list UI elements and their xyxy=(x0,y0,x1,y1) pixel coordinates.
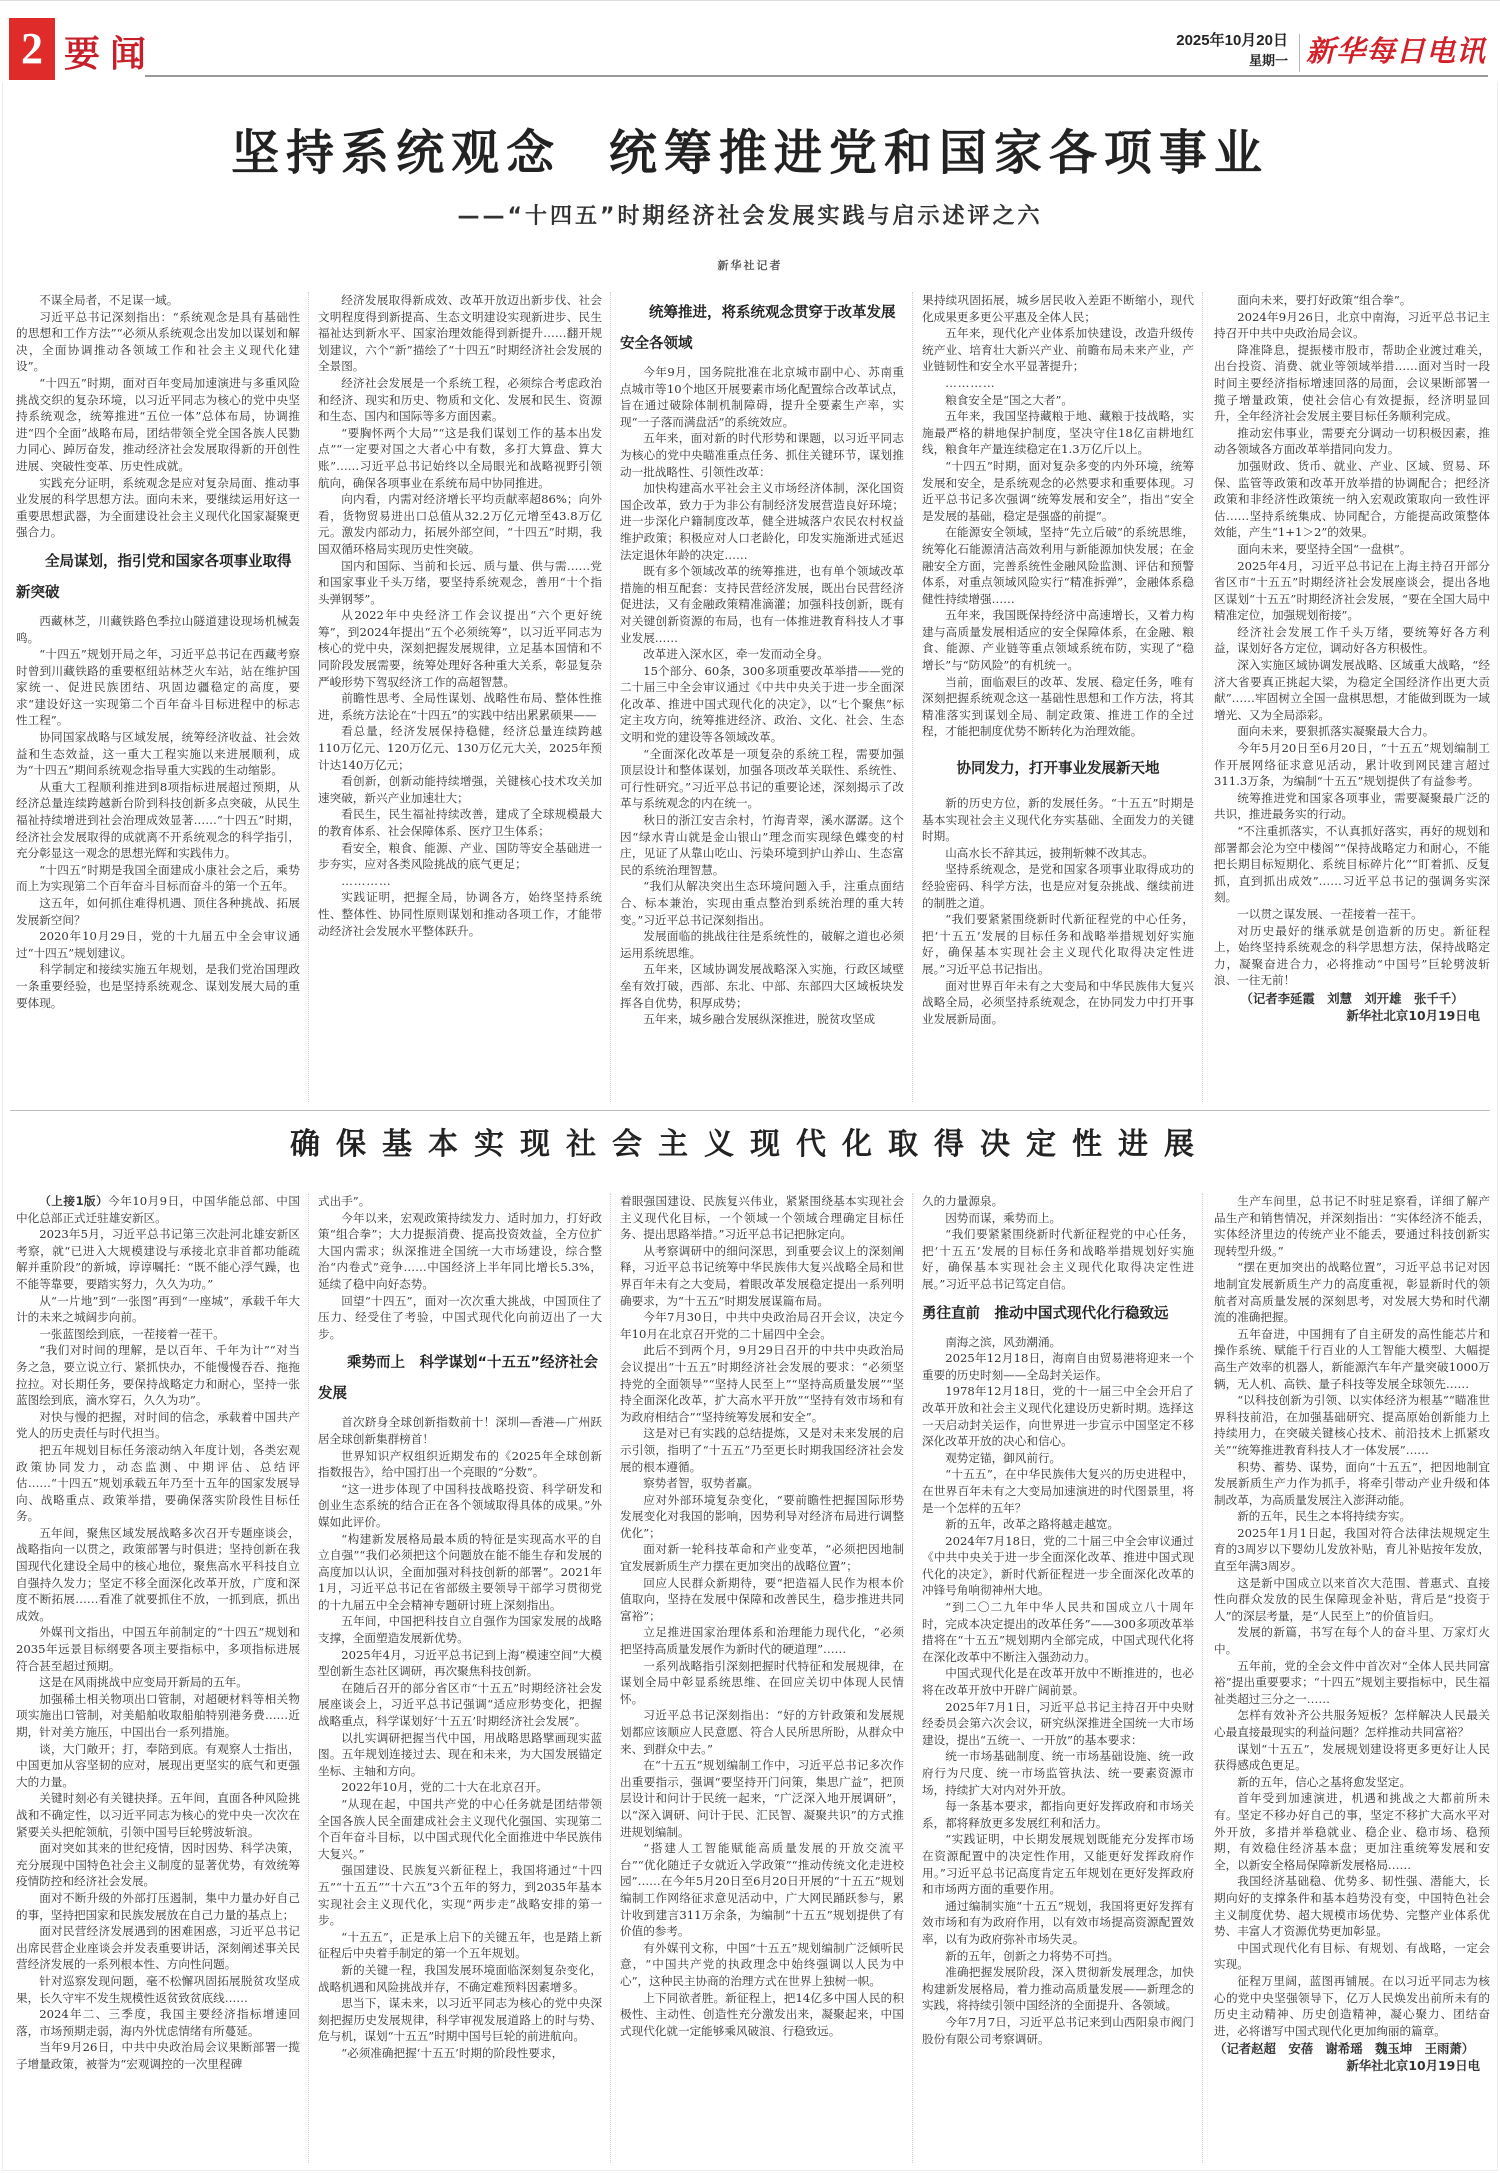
paragraph: 习近平总书记深刻指出：“好的方针政策和发展规划都应该顺应人民意愿、符合人民所思所… xyxy=(620,1707,904,1757)
paragraph: 深入实施区域协调发展战略、区域重大战略，“经济大省要真正挑起大梁，为稳定全国经济… xyxy=(1214,657,1490,723)
paragraph: 今年7月7日，习近平总书记来到山西阳泉市阀门股份有限公司考察调研。 xyxy=(922,2014,1194,2047)
paragraph: 五年来，面对新的时代形势和课题，以习近平同志为核心的党中央瞄准重点任务、抓住关键… xyxy=(620,430,904,480)
paragraph: 看总量，经济发展保持稳健，经济总量连续跨越110万亿元、120万亿元、130万亿… xyxy=(318,723,602,773)
paragraph: 对快与慢的把握，对时间的信念，承载着中国共产党人的历史责任与时代担当。 xyxy=(16,1409,300,1442)
column-divider xyxy=(610,292,611,1102)
ellipsis-separator: ………… xyxy=(922,375,1194,392)
paragraph: “十四五”时期，面对复杂多变的内外环境，统筹发展和安全，是系统观念的必然要求和重… xyxy=(922,458,1194,524)
paragraph: 从重大工程顺利推进到8项指标进展超过预期，从经济总量连续跨越新台阶到科技创新多点… xyxy=(16,779,300,862)
paragraph: 面向未来，要打好政策“组合拳”。 xyxy=(1214,292,1490,309)
paragraph: 2025年7月1日，习近平总书记主持召开中央财经委员会第六次会议，研究纵深推进全… xyxy=(922,1699,1194,1749)
paragraph: 经济社会发展是一个系统工程，必须综合考虑政治和经济、现实和历史、物质和文化、发展… xyxy=(318,375,602,425)
paragraph: 统一市场基础制度、统一市场基础设施、统一政府行为尺度、统一市场监管执法、统一要素… xyxy=(922,1748,1194,1798)
paragraph: 从“一片地”到“一张图”再到“一座城”，承载千年大计的未来之城阔步向前。 xyxy=(16,1293,300,1326)
paragraph: 协同国家战略与区域发展，统筹经济收益、社会效益和生态效益，这一重大工程实施以来进… xyxy=(16,729,300,779)
paragraph: 2025年4月，习近平总书记在上海主持召开部分省区市“十五五”时期经济社会发展座… xyxy=(1214,558,1490,624)
paragraph: “十四五”规划开局之年，习近平总书记在西藏考察时曾到川藏铁路的重要枢纽站林芝火车… xyxy=(16,646,300,729)
paragraph: 五年来，我国既保持经济中高速增长，又着力构建与高质量发展相适应的安全保障体系，在… xyxy=(922,607,1194,673)
paragraph: 1978年12月18日，党的十一届三中全会开启了改革开放和社会主义现代化建设历史… xyxy=(922,1383,1194,1449)
paragraph: 五年来，区域协调发展战略深入实施，行政区域壁垒有效打破，西部、东北、中部、东部四… xyxy=(620,961,904,1011)
article2-column-1: （上接1版）今年10月9日，中国华能总部、中国中化总部正式迁驻雄安新区。 202… xyxy=(16,1193,300,2168)
paragraph: 加强稀土相关物项出口管制，对超硬材料等相关物项实施出口管制，对美船舶收取船舶特别… xyxy=(16,1691,300,1741)
paragraph: 在“十五五”规划编制工作中，习近平总书记多次作出重要指示，强调“要坚持开门问策，… xyxy=(620,1757,904,1840)
paragraph: 西藏林芝，川藏铁路色季拉山隧道建设现场机械轰鸣。 xyxy=(16,613,300,646)
paragraph: 看创新，创新动能持续增强，关键核心技术攻关加速突破，新兴产业加速壮大； xyxy=(318,773,602,806)
paragraph: 南海之滨，风劲潮涌。 xyxy=(922,1334,1194,1351)
paragraph: “我们要紧紧围绕新时代新征程党的中心任务，把‘十五五’发展的目标任务和战略举措规… xyxy=(922,1226,1194,1292)
paragraph: 秋日的浙江安吉余村，竹海青翠，溪水潺潺。这个因“绿水青山就是金山银山”理念而实现… xyxy=(620,812,904,878)
paragraph: 今年以来，宏观政策持续发力、适时加力，打好政策“组合拳”；大力提振消费、提高投资… xyxy=(318,1210,602,1293)
paragraph: 实践证明，把握全局，协调各方，始终坚持系统性、整体性、协同性原则谋划和推动各项工… xyxy=(318,889,602,939)
paragraph: 经济发展取得新成效、改革开放迈出新步伐、社会文明程度得到新提高、生态文明建设实现… xyxy=(318,292,602,375)
date-text: 2025年10月20日 xyxy=(1176,30,1288,52)
masthead: 2 要闻 2025年10月20日 星期一 新华每日电讯 xyxy=(0,0,1500,80)
paragraph: “构建新发展格局最本质的特征是实现高水平的自立自强”“我们必须把这个问题放在能不… xyxy=(318,1531,602,1614)
paragraph: 立足推进国家治理体系和治理能力现代化，“必须把坚持高质量发展作为新时代的硬道理”… xyxy=(620,1624,904,1657)
article2-column-2: 式出手”。 今年以来，宏观政策持续发力、适时加力，打好政策“组合拳”；大力提振消… xyxy=(318,1193,602,2168)
article-separator-rule xyxy=(10,1110,1490,1111)
article2-headline: 确保基本实现社会主义现代化取得决定性进展 xyxy=(0,1122,1500,1168)
paragraph: 思当下，谋未来，以习近平同志为核心的党中央深刻把握历史发展规律，科学审视发展道路… xyxy=(318,1995,602,2045)
column-divider xyxy=(1202,1193,1203,2163)
paragraph: 新的关键一程，我国发展环境面临深刻复杂变化，战略机遇和风险挑战并存，不确定难预料… xyxy=(318,1962,602,1995)
paragraph: 看民生，民生福祉持续改善，建成了全球规模最大的教育体系、社会保障体系、医疗卫生体… xyxy=(318,806,602,839)
paragraph: “到二〇二九年中华人民共和国成立八十周年时，完成本决定提出的改革任务”——300… xyxy=(922,1599,1194,1665)
section-subheading: 协同发力，打开事业发展新天地 xyxy=(922,754,1194,785)
paragraph: 面对世界百年未有之大变局和中华民族伟大复兴战略全局，必须坚持系统观念，在协同发力… xyxy=(922,978,1194,1028)
article1-subheadline: ——“十四五”时期经济社会发展实践与启示述评之六 xyxy=(0,199,1500,230)
paragraph: 在能源安全领域，坚持“先立后破”的系统思维，统筹化石能源清洁高效利用与新能源加快… xyxy=(922,524,1194,607)
section-subheading: 全局谋划，指引党和国家各项事业取得新突破 xyxy=(16,547,300,609)
paragraph: 首次跻身全球创新指数前十！深圳—香港—广州跃居全球创新集群榜首！ xyxy=(318,1414,602,1447)
paragraph: 实践充分证明，系统观念是应对复杂局面、推动事业发展的科学思想方法。面向未来，要继… xyxy=(16,475,300,541)
paragraph: 强国建设、民族复兴新征程上，我国将通过“十四五”“十五五”“十六五”3个五年的努… xyxy=(318,1862,602,1928)
paragraph: 新的五年，改革之路将越走越宽。 xyxy=(922,1516,1194,1533)
paragraph: “从现在起，中国共产党的中心任务就是团结带领全国各族人民全面建成社会主义现代化强… xyxy=(318,1796,602,1862)
paragraph: “以科技创新为引领、以实体经济为根基”“瞄准世界科技前沿，在加强基础研究、提高原… xyxy=(1214,1392,1490,1458)
paragraph: 外媒刊文指出，中国五年前制定的“十四五”规划和2035年远景目标纲要各项主要指标… xyxy=(16,1624,300,1674)
paragraph: 察势者智，驭势者赢。 xyxy=(620,1475,904,1492)
paragraph: 中国式现代化是在改革开放中不断推进的，也必将在改革开放中开辟广阔前景。 xyxy=(922,1665,1194,1698)
section-subheading: 勇往直前 推动中国式现代化行稳致远 xyxy=(922,1299,1194,1330)
paragraph: 改革进入深水区，牵一发而动全身。 xyxy=(620,646,904,663)
paragraph: 既有多个领域改革的统筹推进，也有单个领域改革措施的相互配套：支持民营经济发展，既… xyxy=(620,563,904,646)
paragraph: 15个部分、60条，300多项重要改革举措——党的二十届三中全会审议通过《中共中… xyxy=(620,663,904,746)
column-divider xyxy=(610,1193,611,2163)
paragraph: 从考察调研中的细问深思，到重要会议上的深刻阐释，习近平总书记统筹中华民族伟大复兴… xyxy=(620,1243,904,1309)
paragraph: 关键时刻必有关键抉择。五年间，直面各种风险挑战和不确定性，以习近平同志为核心的党… xyxy=(16,1790,300,1840)
paragraph: 积势、蓄势、谋势，面向“十五五”，把因地制宜发展新质生产力作为抓手，将牵引带动产… xyxy=(1214,1459,1490,1509)
paragraph: “不注重抓落实，不认真抓好落实，再好的规划和部署都会沦为空中楼阁”“保持战略定力… xyxy=(1214,823,1490,906)
paragraph: 此后不到两个月，9月29日召开的中共中央政治局会议提出“十五五”时期经济社会发展… xyxy=(620,1342,904,1425)
paragraph: 在随后召开的部分省区市“十五五”时期经济社会发展座谈会上，习近平总书记强调“适应… xyxy=(318,1680,602,1730)
paragraph: 谈，大门敞开；打，奉陪到底。有观察人士指出，中国更加从容坚韧的应对，展现出更坚实… xyxy=(16,1741,300,1791)
paragraph: 2025年12月18日，海南自由贸易港将迎来一个重要的历史时刻——全岛封关运作。 xyxy=(922,1350,1194,1383)
paragraph: 回应人民群众新期待，要“把造福人民作为根本价值取向，坚持在发展中保障和改善民生，… xyxy=(620,1575,904,1625)
article1-column-2: 经济发展取得新成效、改革开放迈出新步伐、社会文明程度得到新提高、生态文明建设实现… xyxy=(318,292,602,1107)
paragraph: 2024年二、三季度，我国主要经济指标增速回落，市场预期走弱，海内外忧虑情绪有所… xyxy=(16,2006,300,2039)
weekday-text: 星期一 xyxy=(1176,52,1288,70)
paragraph: 回望“十四五”，面对一次次重大挑战，中国顶住了压力、经受住了考验，中国式现代化向… xyxy=(318,1293,602,1343)
paragraph: 这是在风雨挑战中应变局开新局的五年。 xyxy=(16,1674,300,1691)
paragraph: 新的五年，民生之本将持续夯实。 xyxy=(1214,1508,1490,1525)
paragraph: 今年9月，国务院批准在北京城市副中心、苏南重点城市等10个地区开展要素市场化配置… xyxy=(620,364,904,430)
paragraph: 生产车间里，总书记不时驻足察看，详细了解产品生产和销售情况，并深刻指出：“实体经… xyxy=(1214,1193,1490,1259)
paragraph: 针对巡察发现问题，毫不松懈巩固拓展脱贫攻坚成果，长久守牢不发生规模性返贫致贫底线… xyxy=(16,1973,300,2006)
column-divider xyxy=(308,1193,309,2163)
paragraph: 怎样有效补齐公共服务短板？怎样解决人民最关心最直接最现实的利益问题？怎样推动共同… xyxy=(1214,1707,1490,1740)
dateline: 新华社北京10月19日电 xyxy=(1214,1008,1490,1025)
article1-byline: 新华社记者 xyxy=(0,257,1500,273)
article1-headline: 坚持系统观念 统筹推进党和国家各项事业 xyxy=(0,123,1500,183)
paragraph: 通过编制实施“十五五”规划，我国将更好发挥有效市场和有为政府作用，以有效市场提高… xyxy=(922,1898,1194,1948)
paragraph: 面对突如其来的世纪疫情，因时因势、科学决策，充分展现中国特色社会主义制度的显著优… xyxy=(16,1840,300,1890)
paragraph: 经济社会发展工作千头万绪，要统筹好各方利益，谋划好各方定位，调动好各方积极性。 xyxy=(1214,624,1490,657)
article1-column-4: 果持续巩固拓展，城乡居民收入差距不断缩小，现代化成果更多更公平惠及全体人民； 五… xyxy=(922,292,1194,1107)
paragraph: 从2022年中央经济工作会议提出“六个更好统筹”，到2024年提出“五个必须统筹… xyxy=(318,607,602,690)
paragraph: 五年间，中国把科技自立自强作为国家发展的战略支撑，全面塑造发展新优势。 xyxy=(318,1613,602,1646)
article2-column-4: 久的力量源泉。 因势而谋，乘势而上。 “我们要紧紧围绕新时代新征程党的中心任务，… xyxy=(922,1193,1194,2168)
paragraph: 五年来，现代化产业体系加快建设，改造升级传统产业、培育壮大新兴产业、前瞻布局未来… xyxy=(922,325,1194,375)
column-divider xyxy=(308,292,309,1102)
article1-column-5: 面向未来，要打好政策“组合拳”。 2024年9月26日，北京中南海，习近平总书记… xyxy=(1214,292,1490,1107)
paragraph: 这五年，如何抓住难得机遇、顶住各种挑战、拓展发展新空间？ xyxy=(16,895,300,928)
section-title: 要闻 xyxy=(64,31,156,77)
article2-column-5: 生产车间里，总书记不时驻足察看，详细了解产品生产和销售情况，并深刻指出：“实体经… xyxy=(1214,1193,1490,2168)
paragraph: 式出手”。 xyxy=(318,1193,602,1210)
paragraph: 把五年规划目标任务滚动纳入年度计划，各类宏观政策协同发力，动态监测、中期评估、总… xyxy=(16,1442,300,1525)
paragraph: 2023年5月，习近平总书记第三次赴河北雄安新区考察，就“已进入大规模建设与承接… xyxy=(16,1226,300,1292)
paragraph: 面向未来，要坚持全国“一盘棋”。 xyxy=(1214,541,1490,558)
paragraph: 看安全，粮食、能源、产业、国防等安全基础进一步夯实，应对各类风险挑战的底气更足； xyxy=(318,840,602,873)
paragraph: 降准降息，提振楼市股市，帮助企业渡过难关，出台投资、消费、就业等领域举措……面对… xyxy=(1214,342,1490,425)
paragraph: 2024年9月26日，北京中南海，习近平总书记主持召开中共中央政治局会议。 xyxy=(1214,309,1490,342)
continued-from-label: （上接1版） xyxy=(39,1194,108,1208)
newspaper-logo: 新华每日电讯 xyxy=(1306,31,1486,71)
masthead-separator xyxy=(1299,34,1300,72)
paragraph: 这是新中国成立以来首次大范围、普惠式、直接性向群众发放的民生保障现金补贴，背后是… xyxy=(1214,1575,1490,1625)
paragraph: 观势定锚，御风前行。 xyxy=(922,1450,1194,1467)
dateline: 新华社北京10月19日电 xyxy=(1214,2058,1490,2075)
column-divider xyxy=(912,292,913,1102)
paragraph: 五年奋进，中国拥有了自主研发的高性能芯片和操作系统、赋能千行百业的人工智能大模型… xyxy=(1214,1326,1490,1392)
paragraph: 2022年10月，党的二十大在北京召开。 xyxy=(318,1779,602,1796)
paragraph: 统筹推进党和国家各项事业，需要凝聚最广泛的共识，推进最务实的行动。 xyxy=(1214,790,1490,823)
paragraph: 五年前，党的全会文件中首次对“全体人民共同富裕”提出重要要求；“十四五”规划主要… xyxy=(1214,1658,1490,1708)
paragraph: 五年来，我国坚持藏粮于地、藏粮于技战略，实施最严格的耕地保护制度，坚决守住18亿… xyxy=(922,408,1194,458)
paragraph: 习近平总书记深刻指出：“系统观念是具有基础性的思想和工作方法”“必须从系统观念出… xyxy=(16,309,300,375)
paragraph: 科学制定和接续实施五年规划，是我们党治国理政一条重要经验，也是坚持系统观念、谋划… xyxy=(16,961,300,1011)
paragraph: “这一进步体现了中国科技战略投资、科学研发和创业生态系统的结合正在各个领域取得具… xyxy=(318,1481,602,1531)
paragraph: “我们从解决突出生态环境问题入手，注重点面结合、标本兼治，实现由重点整治到系统治… xyxy=(620,878,904,928)
paragraph: “全面深化改革是一项复杂的系统工程，需要加强顶层设计和整体谋划，加强各项改革关联… xyxy=(620,746,904,812)
paragraph: 我国经济基础稳、优势多、韧性强、潜能大，长期向好的支撑条件和基本趋势没有变，中国… xyxy=(1214,1873,1490,1939)
paragraph: 加快构建高水平社会主义市场经济体制，深化国资国企改革，致力于为非公有制经济发展营… xyxy=(620,480,904,563)
paragraph: 不谋全局者，不足谋一域。 xyxy=(16,292,300,309)
paragraph: “十四五”时期，面对百年变局加速演进与多重风险挑战交织的复杂环境，以习近平同志为… xyxy=(16,375,300,475)
paragraph: 久的力量源泉。 xyxy=(922,1193,1194,1210)
paragraph: “十四五”时期是我国全面建成小康社会之后，乘势而上为实现第二个百年奋斗目标而奋斗… xyxy=(16,862,300,895)
paragraph: 征程万里阔，蓝图再铺展。在以习近平同志为核心的党中央坚强领导下，亿万人民焕发出前… xyxy=(1214,1973,1490,2039)
masthead-rule xyxy=(145,75,1488,77)
paragraph: 今年5月20日至6月20日，“十五五”规划编制工作开展网络征求意见活动，累计收到… xyxy=(1214,740,1490,790)
paragraph: 加强财政、货币、就业、产业、区域、贸易、环保、监管等政策和改革开放举措的协调配合… xyxy=(1214,458,1490,541)
paragraph: 国内和国际、当前和长远、质与量、供与需……党和国家事业千头万绪，要坚持系统观念，… xyxy=(318,558,602,608)
page-number-badge: 2 xyxy=(9,18,55,80)
article1-column-1: 不谋全局者，不足谋一域。 习近平总书记深刻指出：“系统观念是具有基础性的思想和工… xyxy=(16,292,300,1107)
reporter-credits: （记者李延霞 刘慧 刘开雄 张千千） xyxy=(1214,991,1490,1008)
paragraph: 山高水长不辞其远，披荆斩棘不改其志。 xyxy=(922,845,1194,862)
section-subheading: 乘势而上 科学谋划“十五五”经济社会发展 xyxy=(318,1348,602,1410)
paragraph: 2025年1月1日起，我国对符合法律法规规定生育的3周岁以下婴幼儿发放补贴，育儿… xyxy=(1214,1525,1490,1575)
paragraph: 世界知识产权组织近期发布的《2025年全球创新指数报告》，给中国打出一个亮眼的“… xyxy=(318,1448,602,1481)
paragraph: 2025年4月，习近平总书记到上海“模速空间”大模型创新生态社区调研，再次聚焦科… xyxy=(318,1647,602,1680)
section-subheading: 统筹推进，将系统观念贯穿于改革发展安全各领域 xyxy=(620,298,904,360)
reporter-credits: （记者赵超 安蓓 谢希瑶 魏玉坤 王雨萧） xyxy=(1214,2041,1490,2058)
column-divider xyxy=(912,1193,913,2163)
paragraph: 每一条基本要求，都指向更好发挥政府和市场关系，都将释放更多发展红利和活力。 xyxy=(922,1798,1194,1831)
paragraph: “搭建人工智能赋能高质量发展的开放交流平台”“优化随迁子女就近入学政策”“推动传… xyxy=(620,1840,904,1940)
paragraph: 果持续巩固拓展，城乡居民收入差距不断缩小，现代化成果更多更公平惠及全体人民； xyxy=(922,292,1194,325)
paragraph: 五年间，聚焦区域发展战略多次召开专题座谈会，战略指向一以贯之，政策部署与时俱进；… xyxy=(16,1525,300,1625)
paragraph: 因势而谋，乘势而上。 xyxy=(922,1210,1194,1227)
paragraph: 中国式现代化有目标、有规划、有战略，一定会实现。 xyxy=(1214,1940,1490,1973)
paragraph: 新的历史方位，新的发展任务。“十五五”时期是基本实现社会主义现代化夯实基础、全面… xyxy=(922,795,1194,845)
issue-date: 2025年10月20日 星期一 xyxy=(1176,30,1288,70)
paragraph: “十五五”，正是承上启下的关键五年，也是踏上新征程后中央着手制定的第一个五年规划… xyxy=(318,1929,602,1962)
paragraph: 当年9月26日，中共中央政治局会议果断部署一揽子增量政策，被誉为“宏观调控的一次… xyxy=(16,2039,300,2072)
paragraph: 这是对已有实践的总结提炼，又是对未来发展的启示引领，指明了“十五五”乃至更长时期… xyxy=(620,1425,904,1475)
paragraph: 五年来，城乡融合发展纵深推进，脱贫攻坚成 xyxy=(620,1011,904,1028)
paragraph: 坚持系统观念，是党和国家各项事业取得成功的经验密码、科学方法，也是应对复杂挑战、… xyxy=(922,861,1194,911)
paragraph: 谋划“十五五”，发展规划建设将更多更好让人民获得感成色更足。 xyxy=(1214,1741,1490,1774)
paragraph: 首年受到加速演进，机遇和挑战之大都前所未有。坚定不移办好自己的事，坚定不移扩大高… xyxy=(1214,1790,1490,1873)
paragraph: 发展的新篇，书写在每个人的奋斗里、万家灯火中。 xyxy=(1214,1624,1490,1657)
paragraph: 对历史最好的继承就是创造新的历史。新征程上，始终坚持系统观念的科学思想方法，保持… xyxy=(1214,923,1490,989)
paragraph: 向内看，内需对经济增长平均贡献率超86%；向外看，货物贸易进出口总值从32.2万… xyxy=(318,491,602,557)
paragraph: 有外媒刊文称，中国“十五五”规划编制广泛倾听民意，“中国共产党的执政理念中始终强… xyxy=(620,1940,904,1990)
paragraph: 2020年10月29日，党的十九届五中全会审议通过“十四五”规划建议。 xyxy=(16,928,300,961)
paragraph: 新的五年，创新之力将势不可挡。 xyxy=(922,1948,1194,1965)
paragraph: 前瞻性思考、全局性谋划、战略性布局、整体性推进，系统方法论在“十四五”的实践中结… xyxy=(318,690,602,723)
paragraph: 应对外部环境复杂变化，“要前瞻性把握国际形势发展变化对我国的影响，因势利导对经济… xyxy=(620,1492,904,1542)
paragraph: 一系列战略指引深刻把握时代特征和发展规律，在谋划全局中彰显系统思维、在回应关切中… xyxy=(620,1658,904,1708)
paragraph: 粮食安全是“国之大者”。 xyxy=(922,392,1194,409)
paragraph: 推动宏伟事业，需要充分调动一切积极因素，推动各领域各方面改革举措同向发力。 xyxy=(1214,425,1490,458)
paragraph: 当前，面临艰巨的改革、发展、稳定任务，唯有深刻把握系统观念这一基础性思想和工作方… xyxy=(922,674,1194,740)
paragraph: 一以贯之谋发展、一茬接着一茬干。 xyxy=(1214,906,1490,923)
paragraph: “我们对时间的理解，是以百年、千年为计”“对当务之急，要立说立行、紧抓快办，不能… xyxy=(16,1342,300,1408)
paragraph: 面对民营经济发展遇到的困难困惑，习近平总书记出席民营企业座谈会并发表重要讲话，深… xyxy=(16,1923,300,1973)
paragraph: 发展面临的挑战往往是系统性的，破解之道也必须运用系统思维。 xyxy=(620,928,904,961)
paragraph: 面对新一轮科技革命和产业变革，“必须把因地制宜发展新质生产力摆在更加突出的战略位… xyxy=(620,1541,904,1574)
article1-column-3: 统筹推进，将系统观念贯穿于改革发展安全各领域 今年9月，国务院批准在北京城市副中… xyxy=(620,292,904,1107)
paragraph: “摆在更加突出的战略位置”，习近平总书记对因地制宜发展新质生产力的高度重视，彰显… xyxy=(1214,1259,1490,1325)
paragraph: “要胸怀两个大局”“这是我们谋划工作的基本出发点”“一定要对国之大者心中有数，多… xyxy=(318,425,602,491)
paragraph: “十五五”，在中华民族伟大复兴的历史进程中，在世界百年未有之大变局加速演进的时代… xyxy=(922,1466,1194,1516)
paragraph: 着眼强国建设、民族复兴伟业，紧紧围绕基本实现社会主义现代化目标，一个领域一个领域… xyxy=(620,1193,904,1243)
paragraph: 以扎实调研把握当代中国，用战略思路擘画现实蓝图。五年规划连接过去、现在和未来，为… xyxy=(318,1730,602,1780)
paragraph: 面对不断升级的外部打压遏制，集中力量办好自己的事，坚持把国家和民族发展放在自己力… xyxy=(16,1890,300,1923)
paragraph: 面向未来，要狠抓落实凝聚最大合力。 xyxy=(1214,723,1490,740)
paragraph: 准确把握发展阶段，深入贯彻新发展理念，加快构建新发展格局，着力推动高质量发展——… xyxy=(922,1964,1194,2014)
paragraph: “我们要紧紧围绕新时代新征程党的中心任务，把‘十五五’发展的目标任务和战略举措规… xyxy=(922,911,1194,977)
paragraph: 上下同欲者胜。新征程上，把14亿多中国人民的积极性、主动性、创造性充分激发出来，… xyxy=(620,1990,904,2040)
article2-column-3: 着眼强国建设、民族复兴伟业，紧紧围绕基本实现社会主义现代化目标，一个领域一个领域… xyxy=(620,1193,904,2168)
paragraph: 一张蓝图绘到底，一茬接着一茬干。 xyxy=(16,1326,300,1343)
column-divider xyxy=(1202,292,1203,1102)
paragraph: 新的五年，信心之基将愈发坚定。 xyxy=(1214,1774,1490,1791)
paragraph: 2024年7月18日，党的二十届三中全会审议通过《中共中央关于进一步全面深化改革… xyxy=(922,1533,1194,1599)
paragraph: “必须准确把握‘十五五’时期的阶段性要求， xyxy=(318,2045,602,2062)
ellipsis-separator: ………… xyxy=(318,873,602,890)
paragraph: （上接1版）今年10月9日，中国华能总部、中国中化总部正式迁驻雄安新区。 xyxy=(16,1193,300,1226)
paragraph: “实践证明，中长期发展规划既能充分发挥市场在资源配置中的决定性作用，又能更好发挥… xyxy=(922,1831,1194,1897)
paragraph: 今年7月30日，中共中央政治局召开会议，决定今年10月在北京召开党的二十届四中全… xyxy=(620,1309,904,1342)
